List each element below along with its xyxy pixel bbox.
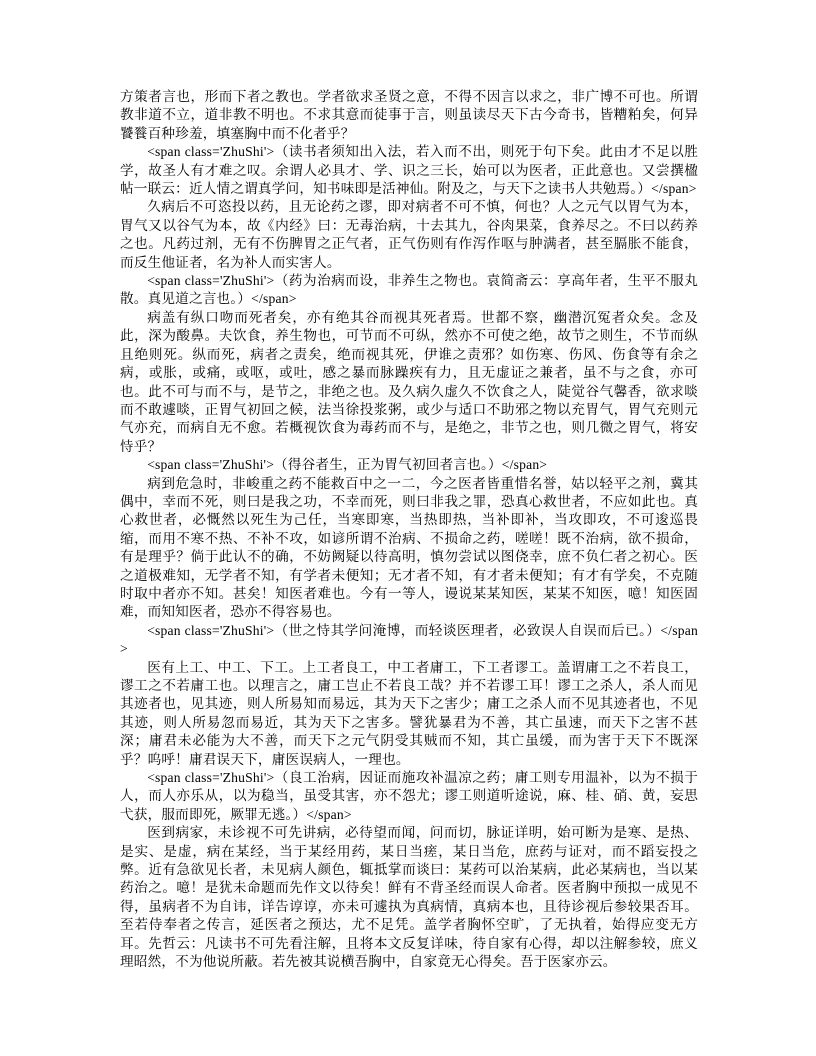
body-paragraph: 方策者言也，形而下者之教也。学者欲求圣贤之意，不得不因言以求之，非广博不可也。所… <box>120 88 698 143</box>
body-paragraph: 医有上工、中工、下工。上工者良工，中工者庸工，下工者谬工。盖谓庸工之不若良工，谬… <box>120 659 698 769</box>
body-paragraph: 病到危急时，非峻重之药不能救百中之一二，今之医者皆重惜名誉，姑以轻平之剂，冀其偶… <box>120 475 698 622</box>
zhushi-annotation: <span class='ZhuShi'>（读书者须知出入法，若入而不出，则死于… <box>120 143 698 198</box>
body-paragraph: 久病后不可恣投以药，且无论药之谬，即对病者不可不慎，何也？人之元气以胃气为本，胃… <box>120 198 698 272</box>
body-paragraph: 医到病家，未诊视不可先讲病，必待望而闻，问而切，脉证详明，始可断为是寒、是热、是… <box>120 824 698 971</box>
zhushi-annotation: <span class='ZhuShi'>（世之恃其学问淹博，而轻谈医理者，必致… <box>120 622 698 659</box>
zhushi-annotation: <span class='ZhuShi'>（得谷者生，正为胃气初回者言也。）</… <box>120 456 698 474</box>
body-paragraph: 病盖有纵口吻而死者矣，亦有绝其谷而视其死者焉。世都不察，幽潜沉冤者众矣。念及此，… <box>120 309 698 456</box>
zhushi-annotation: <span class='ZhuShi'>（药为治病而设，非养生之物也。袁简斋云… <box>120 272 698 309</box>
zhushi-annotation: <span class='ZhuShi'>（良工治病，因证而施攻补温凉之药；庸工… <box>120 769 698 824</box>
document-page: 方策者言也，形而下者之教也。学者欲求圣贤之意，不得不因言以求之，非广博不可也。所… <box>120 88 698 972</box>
